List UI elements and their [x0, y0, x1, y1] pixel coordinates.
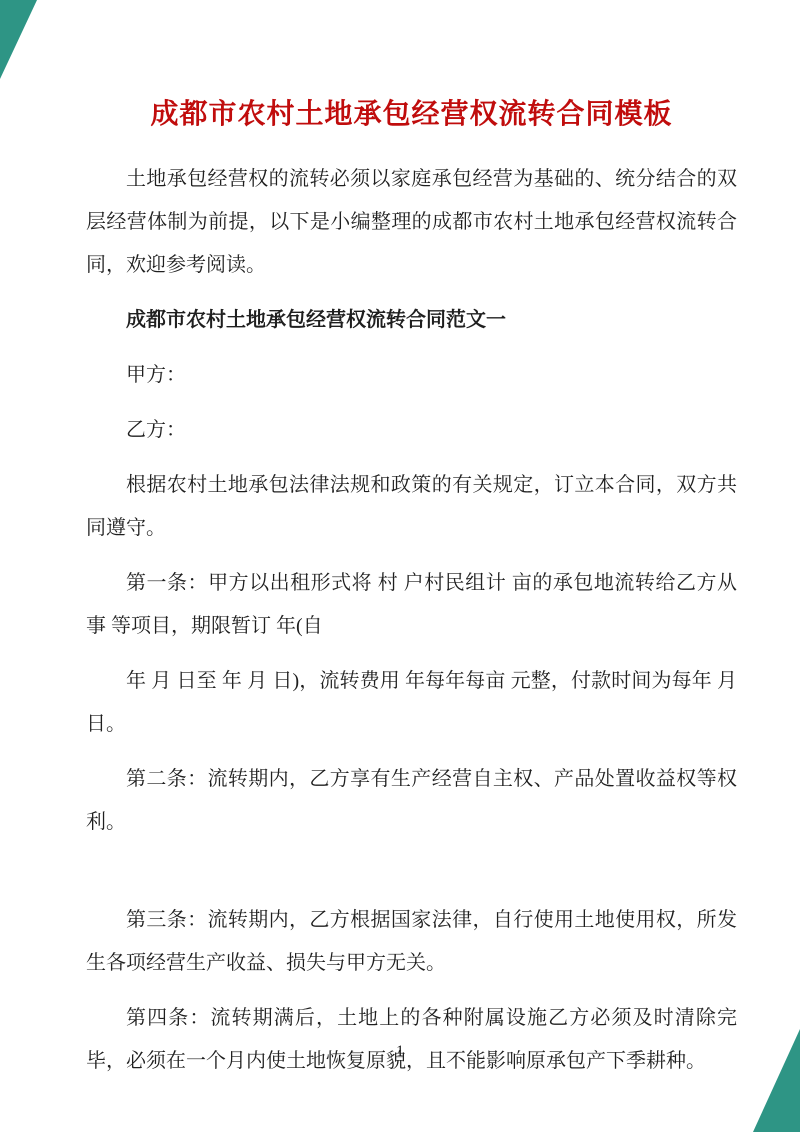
paragraph-basis: 根据农村土地承包法律法规和政策的有关规定，订立本合同，双方共同遵守。 — [86, 464, 737, 550]
paragraph-clause-1: 第一条：甲方以出租形式将 村 户村民组计 亩的承包地流转给乙方从事 等项目，期限… — [86, 562, 737, 648]
page-number: 1 — [0, 1040, 800, 1064]
scan-corner-top-left — [0, 0, 37, 79]
paragraph-clause-2: 第二条：流转期内，乙方享有生产经营自主权、产品处置收益权等权利。 — [86, 758, 737, 844]
document-page: 成都市农村土地承包经营权流转合同模板 土地承包经营权的流转必须以家庭承包经营为基… — [0, 0, 800, 1132]
section-heading: 成都市农村土地承包经营权流转合同范文一 — [86, 299, 737, 342]
document-content: 成都市农村土地承包经营权流转合同模板 土地承包经营权的流转必须以家庭承包经营为基… — [86, 92, 737, 1095]
paragraph-party-a: 甲方： — [86, 354, 737, 397]
paragraph-clause-3: 第三条：流转期内，乙方根据国家法律，自行使用土地使用权，所发生各项经营生产收益、… — [86, 899, 737, 985]
paragraph-party-b: 乙方： — [86, 409, 737, 452]
page-title: 成都市农村土地承包经营权流转合同模板 — [86, 92, 737, 136]
paragraph-clause-1-dates: 年 月 日至 年 月 日)，流转费用 年每年每亩 元整，付款时间为每年 月 日。 — [86, 660, 737, 746]
paragraph-intro: 土地承包经营权的流转必须以家庭承包经营为基础的、统分结合的双层经营体制为前提，以… — [86, 158, 737, 287]
